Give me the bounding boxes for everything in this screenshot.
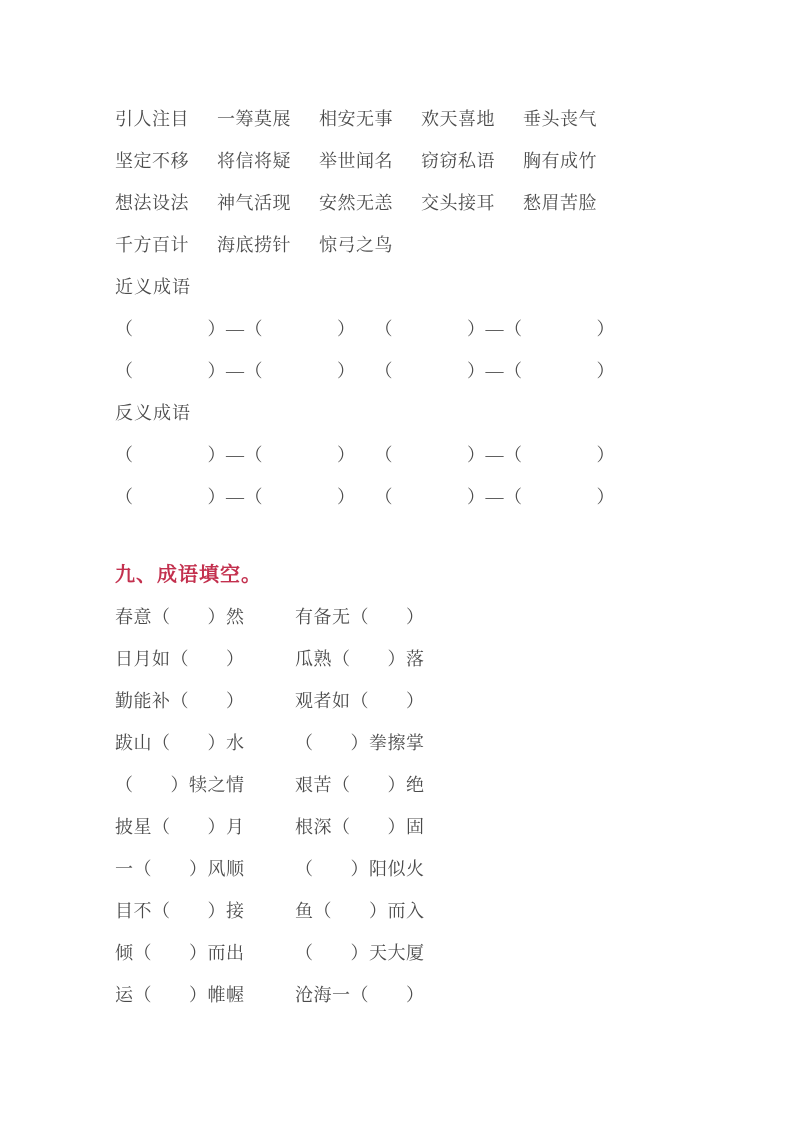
fill-in-row: 勤能补（ ） 观者如（ ） — [115, 680, 734, 722]
fill-in-list: 春意（ ）然 有备无（ ） 日月如（ ） 瓜熟（ ）落 勤能补（ ） 观者如（ … — [115, 596, 734, 1016]
fill-in-cell: 一（ ）风顺 — [115, 848, 295, 890]
synonym-section-label: 近义成语 — [115, 266, 734, 308]
idiom-item: 举世闻名 — [319, 140, 393, 182]
fill-in-row: 目不（ ）接 鱼（ ）而入 — [115, 890, 734, 932]
synonym-blank-line: （ ）—（ ） （ ）—（ ） — [115, 350, 734, 392]
fill-in-cell: （ ）天大厦 — [295, 932, 734, 974]
fill-in-row: 倾（ ）而出 （ ）天大厦 — [115, 932, 734, 974]
idiom-item: 一筹莫展 — [217, 98, 291, 140]
idiom-item: 相安无事 — [319, 98, 393, 140]
fill-in-cell: 日月如（ ） — [115, 638, 295, 680]
fill-in-row: 披星（ ）月 根深（ ）固 — [115, 806, 734, 848]
idiom-item: 愁眉苦脸 — [523, 182, 597, 224]
fill-in-cell: 运（ ）帷幄 — [115, 974, 295, 1016]
worksheet-content: 引人注目 一筹莫展 相安无事 欢天喜地 垂头丧气 坚定不移 将信将疑 举世闻名 … — [0, 0, 794, 1016]
idiom-item: 想法设法 — [115, 182, 189, 224]
fill-in-cell: 披星（ ）月 — [115, 806, 295, 848]
worksheet-page: 引人注目 一筹莫展 相安无事 欢天喜地 垂头丧气 坚定不移 将信将疑 举世闻名 … — [0, 0, 794, 1123]
fill-in-row: 跋山（ ）水 （ ）拳擦掌 — [115, 722, 734, 764]
synonym-blank-line: （ ）—（ ） （ ）—（ ） — [115, 308, 734, 350]
idiom-row: 千方百计 海底捞针 惊弓之鸟 — [115, 224, 734, 266]
fill-in-cell: 倾（ ）而出 — [115, 932, 295, 974]
idiom-row: 引人注目 一筹莫展 相安无事 欢天喜地 垂头丧气 — [115, 98, 734, 140]
fill-in-cell: 瓜熟（ ）落 — [295, 638, 734, 680]
idiom-item: 窃窃私语 — [421, 140, 495, 182]
idiom-item: 坚定不移 — [115, 140, 189, 182]
fill-in-section-heading: 九、成语填空。 — [115, 554, 734, 596]
idiom-item: 垂头丧气 — [523, 98, 597, 140]
fill-in-row: 运（ ）帷幄 沧海一（ ） — [115, 974, 734, 1016]
fill-in-cell: 艰苦（ ）绝 — [295, 764, 734, 806]
fill-in-row: （ ）犊之情 艰苦（ ）绝 — [115, 764, 734, 806]
idiom-item: 安然无恙 — [319, 182, 393, 224]
fill-in-cell: 春意（ ）然 — [115, 596, 295, 638]
idiom-item: 交头接耳 — [421, 182, 495, 224]
fill-in-cell: （ ）阳似火 — [295, 848, 734, 890]
fill-in-cell: 有备无（ ） — [295, 596, 734, 638]
fill-in-cell: 根深（ ）固 — [295, 806, 734, 848]
fill-in-cell: （ ）拳擦掌 — [295, 722, 734, 764]
fill-in-row: 春意（ ）然 有备无（ ） — [115, 596, 734, 638]
fill-in-cell: 沧海一（ ） — [295, 974, 734, 1016]
fill-in-cell: 勤能补（ ） — [115, 680, 295, 722]
fill-in-row: 一（ ）风顺 （ ）阳似火 — [115, 848, 734, 890]
fill-in-row: 日月如（ ） 瓜熟（ ）落 — [115, 638, 734, 680]
fill-in-cell: 鱼（ ）而入 — [295, 890, 734, 932]
idiom-item: 胸有成竹 — [523, 140, 597, 182]
antonym-blank-line: （ ）—（ ） （ ）—（ ） — [115, 434, 734, 476]
idiom-item: 千方百计 — [115, 224, 189, 266]
idiom-item: 欢天喜地 — [421, 98, 495, 140]
antonym-section-label: 反义成语 — [115, 392, 734, 434]
idiom-item: 海底捞针 — [217, 224, 291, 266]
idiom-item: 神气活现 — [217, 182, 291, 224]
idiom-bank: 引人注目 一筹莫展 相安无事 欢天喜地 垂头丧气 坚定不移 将信将疑 举世闻名 … — [115, 98, 734, 266]
idiom-row: 坚定不移 将信将疑 举世闻名 窃窃私语 胸有成竹 — [115, 140, 734, 182]
idiom-item: 将信将疑 — [217, 140, 291, 182]
fill-in-cell: （ ）犊之情 — [115, 764, 295, 806]
fill-in-cell: 观者如（ ） — [295, 680, 734, 722]
antonym-blank-line: （ ）—（ ） （ ）—（ ） — [115, 476, 734, 518]
fill-in-cell: 目不（ ）接 — [115, 890, 295, 932]
fill-in-cell: 跋山（ ）水 — [115, 722, 295, 764]
idiom-item: 惊弓之鸟 — [319, 224, 393, 266]
idiom-item: 引人注目 — [115, 98, 189, 140]
idiom-row: 想法设法 神气活现 安然无恙 交头接耳 愁眉苦脸 — [115, 182, 734, 224]
